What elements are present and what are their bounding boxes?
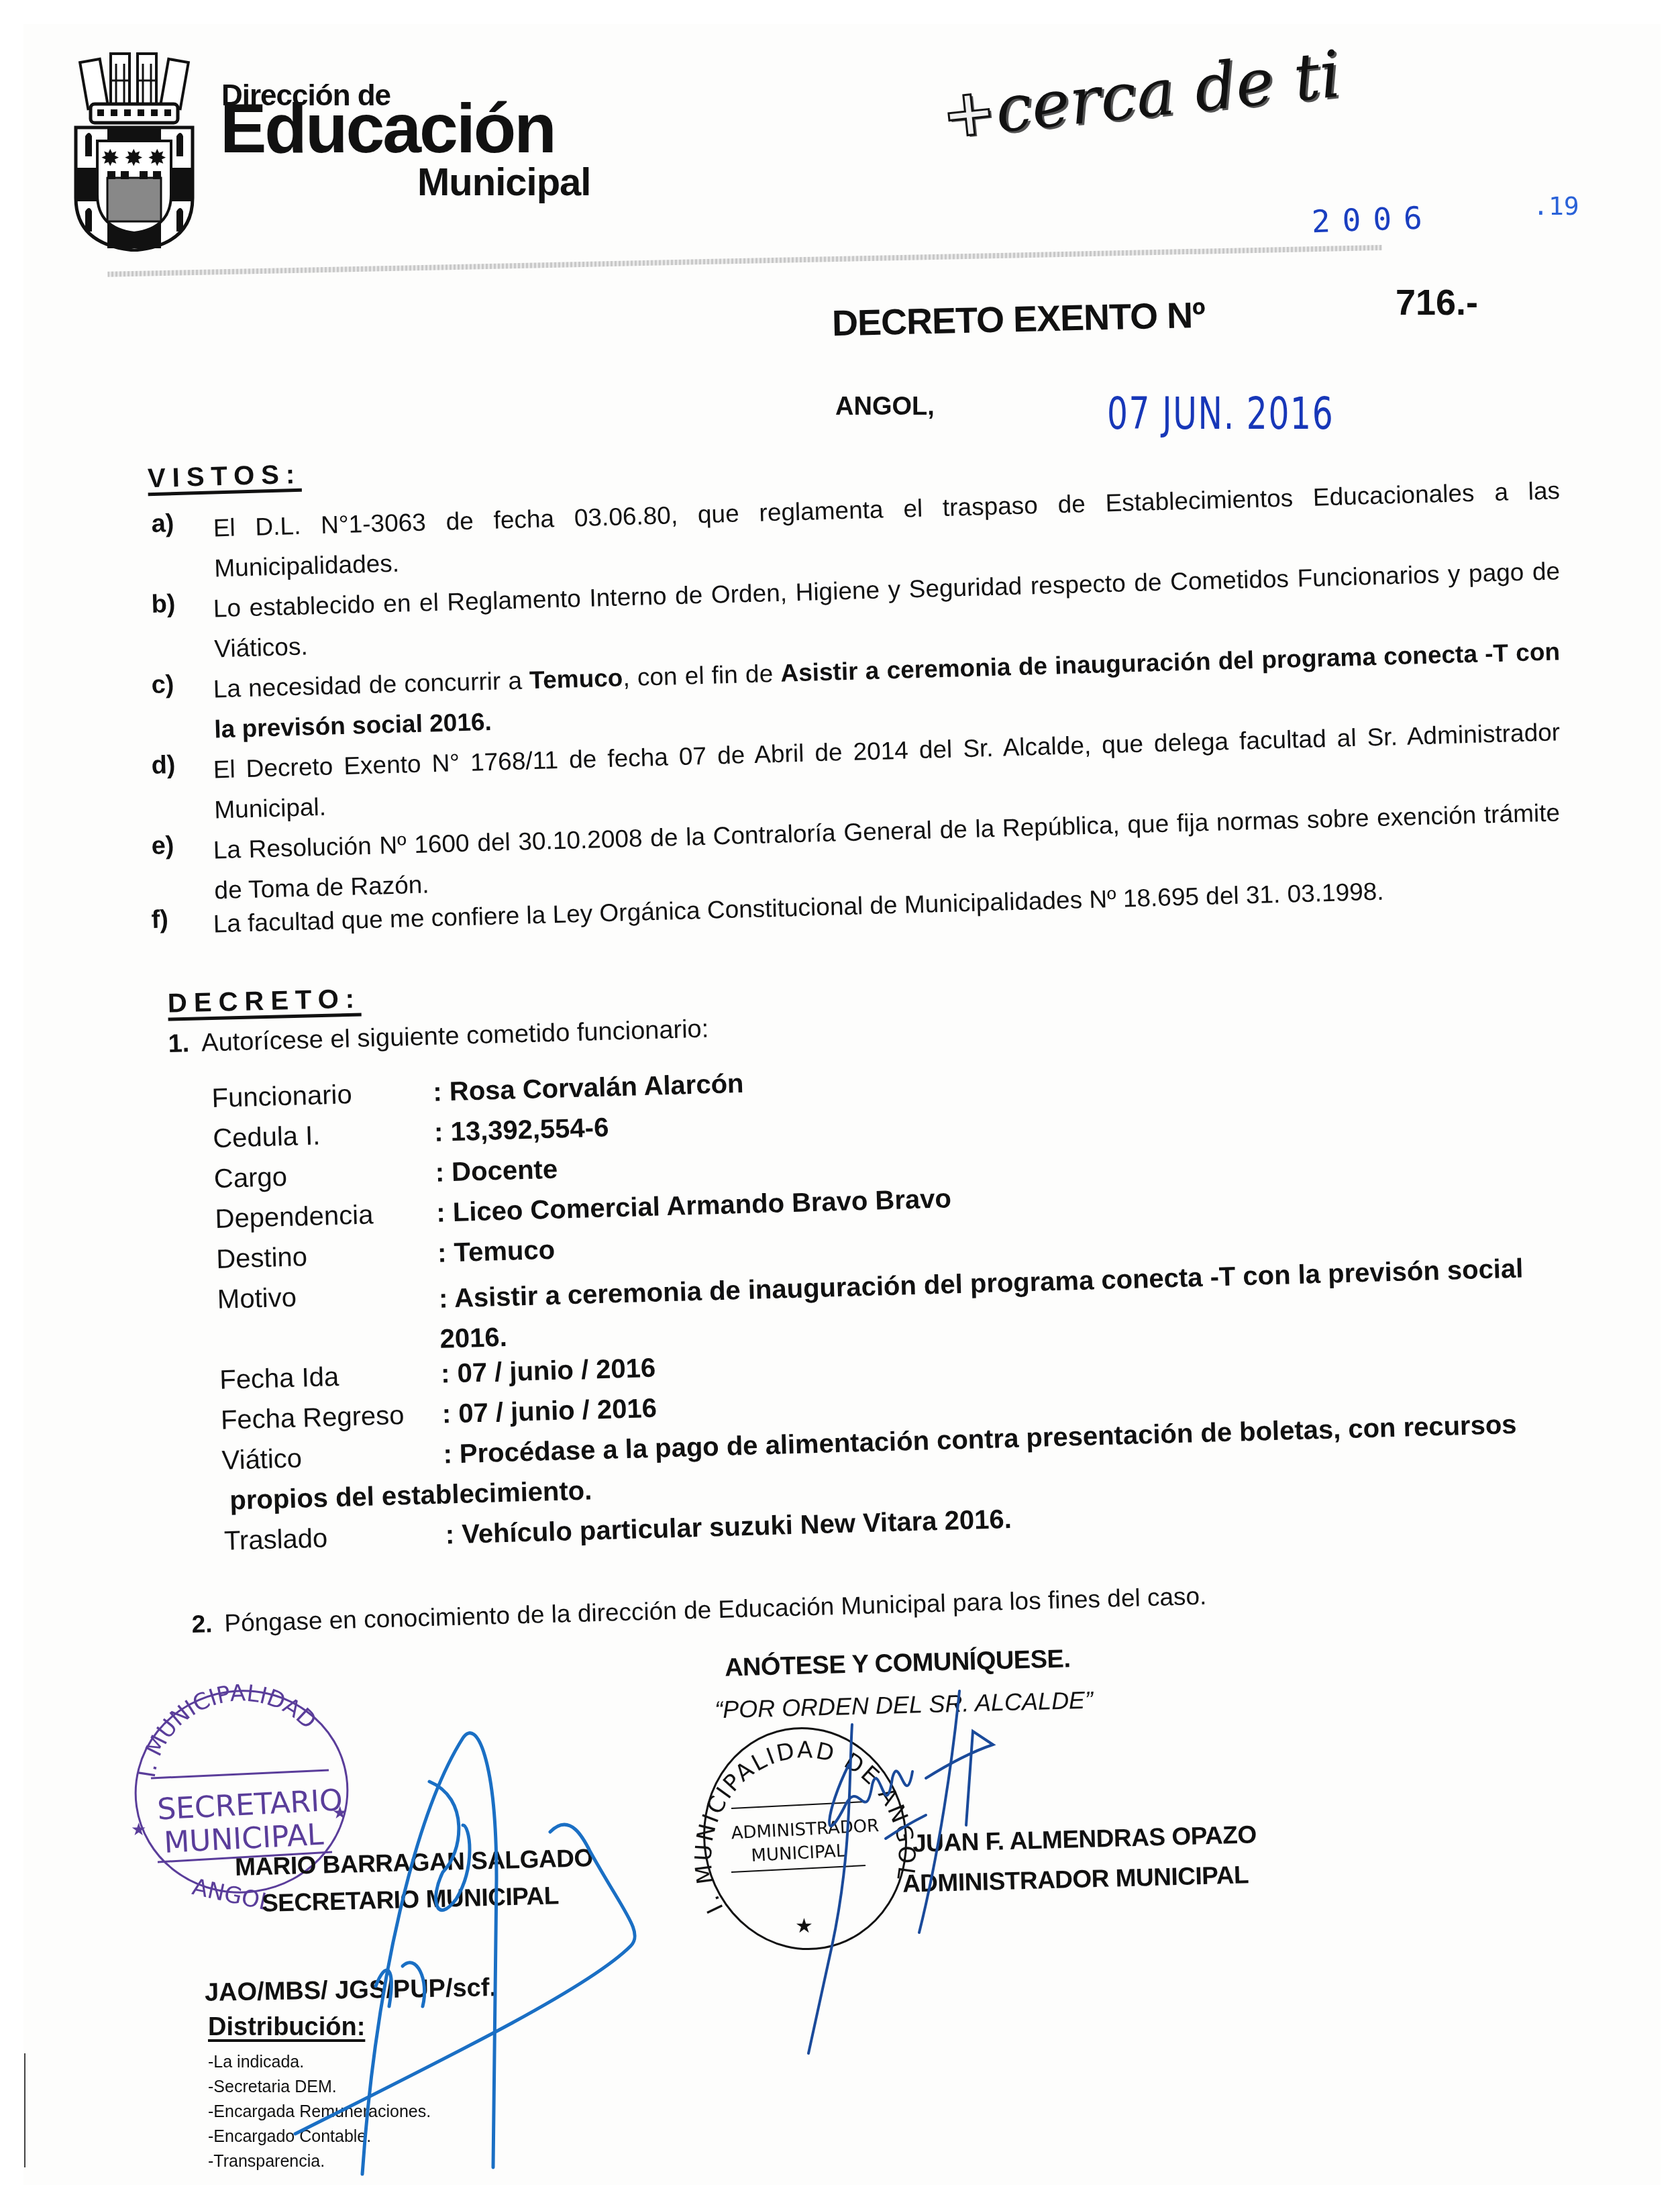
field-label: Dependencia [215, 1198, 437, 1235]
visto-letter: c) [151, 670, 174, 700]
field-label: Destino [216, 1239, 438, 1275]
decree-title: DECRETO EXENTO Nº [831, 295, 1205, 345]
vistos-heading: VISTOS: [147, 460, 301, 494]
distribution-item: -Encargada Remuneraciones. [208, 2100, 431, 2124]
decree-number: 716.- [1396, 282, 1478, 323]
visto-letter: d) [151, 751, 176, 780]
field-label: Fecha Regreso [220, 1400, 442, 1436]
decreto-heading: DECRETO: [167, 984, 361, 1019]
svg-text:MUNICIPAL: MUNICIPAL [751, 1841, 847, 1866]
field-label: Viático [221, 1440, 443, 1476]
distribution-heading: Distribución: [208, 2013, 365, 2042]
commission-fields: Funcionario: Rosa Corvalán Alarcón Cedul… [211, 1044, 1633, 1566]
visto-letter: f) [151, 905, 169, 935]
distribution-item: -Transparencia. [208, 2149, 431, 2174]
plus-icon: + [938, 72, 1000, 153]
svg-text:✸: ✸ [101, 145, 120, 172]
distribution-item: -Encargado Contable. [208, 2124, 431, 2149]
svg-text:★: ★ [131, 1819, 146, 1839]
field-value: : 07 / junio / 2016 [441, 1353, 656, 1390]
svg-text:ADMINISTRADOR: ADMINISTRADOR [731, 1816, 880, 1844]
field-label: Cedula I. [213, 1118, 435, 1154]
drafting-initials: JAO/MBS/ JGS/PUP/scf. [205, 1973, 497, 2008]
received-stamp-suffix: .19 [1533, 191, 1579, 221]
administrator-seal: I. MUNICIPALIDAD DE ANGOL ADMINISTRADOR … [694, 1714, 916, 1959]
svg-text:I. MUNICIPALIDAD: I. MUNICIPALIDAD [134, 1680, 322, 1780]
field-value: : Docente [435, 1155, 558, 1188]
brand-line-3: Municipal [417, 160, 590, 205]
distribution-item: -Secretaria DEM. [208, 2075, 431, 2100]
svg-text:★: ★ [795, 1915, 813, 1937]
item-number: 1. [168, 1029, 190, 1058]
distribution-item: -La indicada. [208, 2050, 431, 2075]
field-label: Fecha Ida [219, 1359, 441, 1396]
item-number: 2. [191, 1610, 213, 1638]
visto-text-part: , con el fin de [623, 660, 781, 692]
date-stamp: 07 JUN. 2016 [1107, 388, 1334, 440]
decree-place: ANGOL, [835, 393, 935, 421]
visto-letter: a) [151, 509, 174, 539]
brand-line-2: Educación [220, 94, 555, 164]
received-stamp-number: 2006 [1311, 199, 1435, 240]
visto-letter: b) [151, 590, 176, 619]
visto-text-part: La necesidad de concurrir a [213, 666, 530, 703]
field-label: Funcionario [211, 1078, 433, 1114]
scan-edge [24, 2053, 25, 2167]
svg-text:✸: ✸ [124, 145, 144, 172]
field-value: : Temuco [437, 1235, 556, 1269]
field-label: Motivo [217, 1279, 439, 1315]
distribution-list: -La indicada. -Secretaria DEM. -Encargad… [208, 2050, 431, 2174]
field-value: : 13,392,554-6 [434, 1113, 609, 1147]
seal-arc-text: I. MUNICIPALIDAD [134, 1680, 322, 1780]
field-label: Traslado [223, 1521, 445, 1557]
destination-highlight: Temuco [529, 664, 623, 694]
field-label: Cargo [213, 1158, 435, 1194]
field-value: : 07 / junio / 2016 [441, 1394, 657, 1430]
visto-letter: e) [151, 831, 174, 861]
svg-text:✸: ✸ [148, 145, 167, 172]
municipal-crest-icon: ✸✸✸ [70, 50, 198, 252]
svg-text:★: ★ [332, 1802, 348, 1822]
